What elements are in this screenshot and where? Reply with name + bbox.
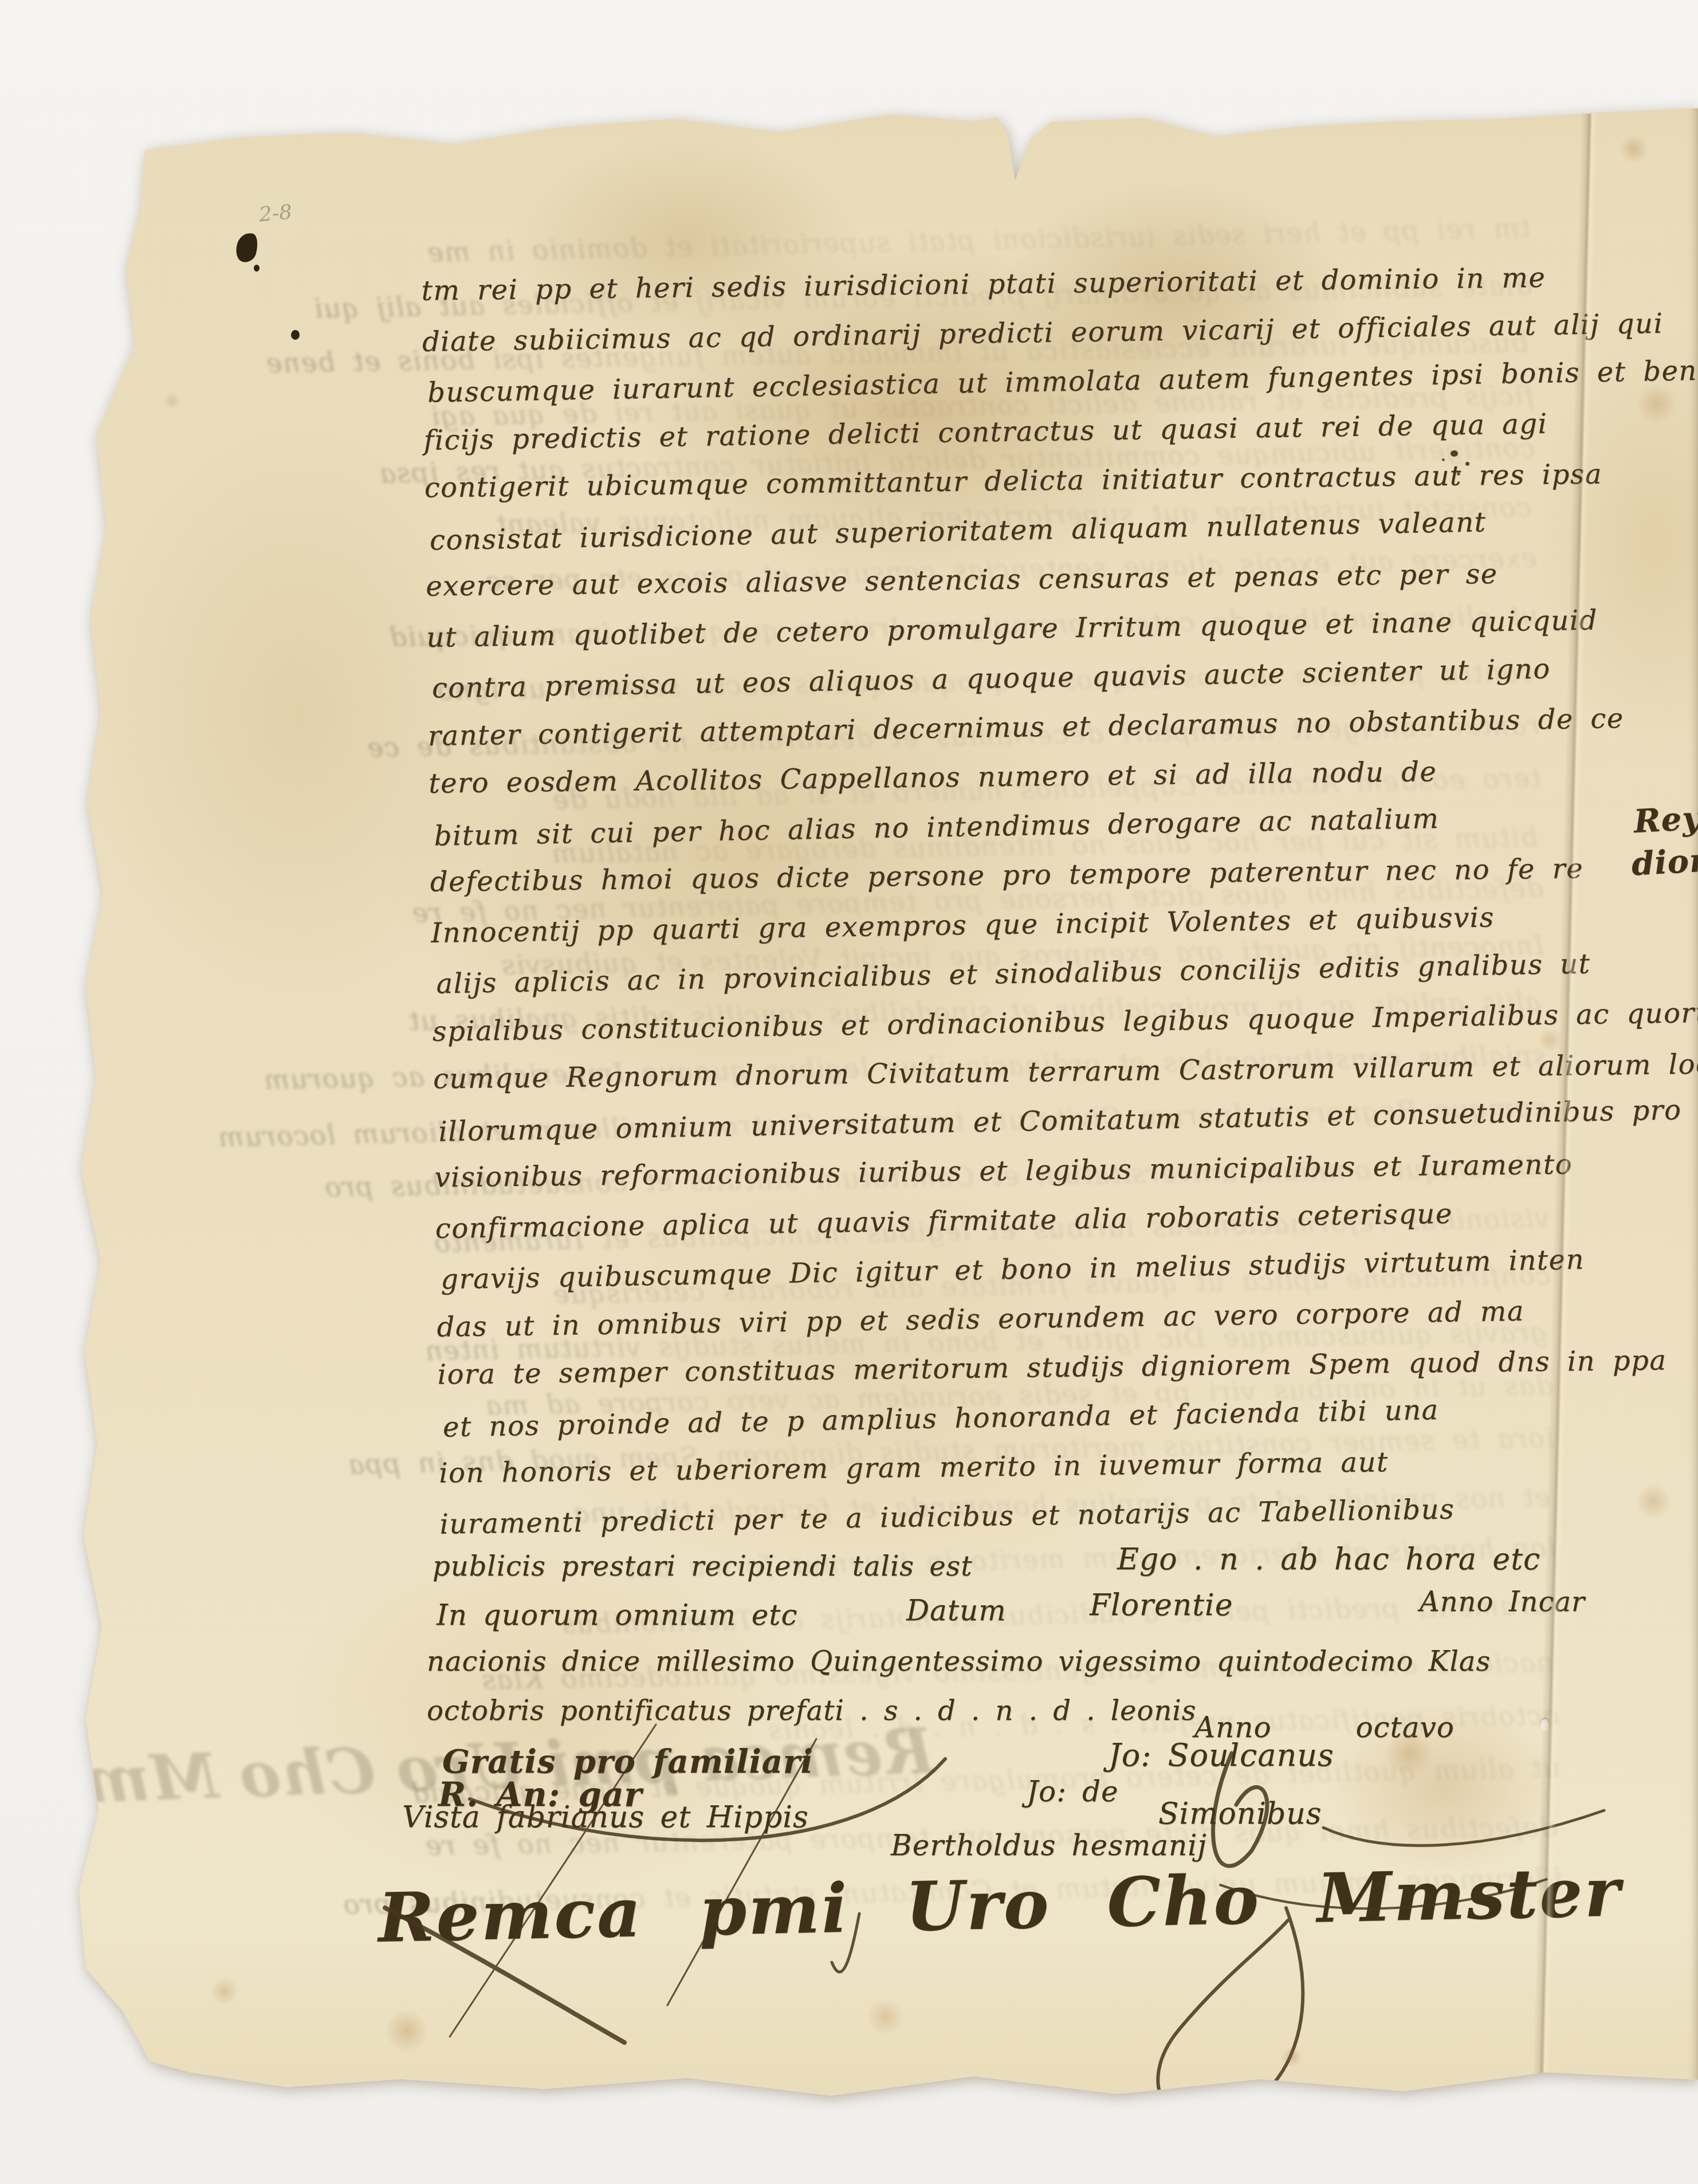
manuscript-page-wrap: tm rei pp et heri sedis iurisdicioni pta…	[0, 0, 1698, 2184]
signature-bertholdus: Bertholdus hesmanij	[891, 1829, 1207, 1862]
closing-datum: Datum	[906, 1594, 1007, 1627]
ink-spatter	[1457, 472, 1460, 476]
ink-dot	[254, 265, 260, 272]
closing-nacionis: nacionis dnice millesimo Quingentessimo …	[427, 1645, 1491, 1678]
paper-hole	[1540, 1718, 1550, 1731]
ink-dot	[291, 330, 300, 340]
main-text-block: tm rei pp et heri sedis iurisdicioni pta…	[421, 250, 1632, 1549]
closing-florentie: Florentie	[1090, 1588, 1233, 1623]
ink-spatter	[1465, 462, 1469, 466]
manuscript-page: tm rei pp et heri sedis iurisdicioni pta…	[0, 0, 1698, 2184]
signature-jo-de: Jo: de	[1027, 1775, 1118, 1808]
closing-anno-incar: Anno Incar	[1420, 1586, 1585, 1618]
margin-note-line1: Rey	[1633, 799, 1698, 840]
closing-quorum: In quorum omnium etc	[437, 1598, 797, 1632]
signature-vista: Vista fabrianus et Hippis	[402, 1800, 809, 1835]
margin-note-line2: dior	[1630, 842, 1698, 883]
pencil-foliation-mark: 2-8	[258, 201, 293, 227]
ink-spatter	[1442, 458, 1445, 461]
closing-octobris: octobris pontificatus prefati . s . d . …	[427, 1695, 1196, 1727]
signature-jo-soulcanus: Jo: Soulcanus	[1109, 1737, 1334, 1773]
ink-spatter	[1451, 450, 1458, 457]
closing-ego: Ego . n . ab hac hora etc	[1117, 1542, 1540, 1577]
signature-simonibus: Simonibus	[1158, 1797, 1322, 1831]
closing-prestari: publicis prestari recipiendi talis est	[433, 1550, 973, 1582]
red-fiber	[1339, 0, 1342, 33]
